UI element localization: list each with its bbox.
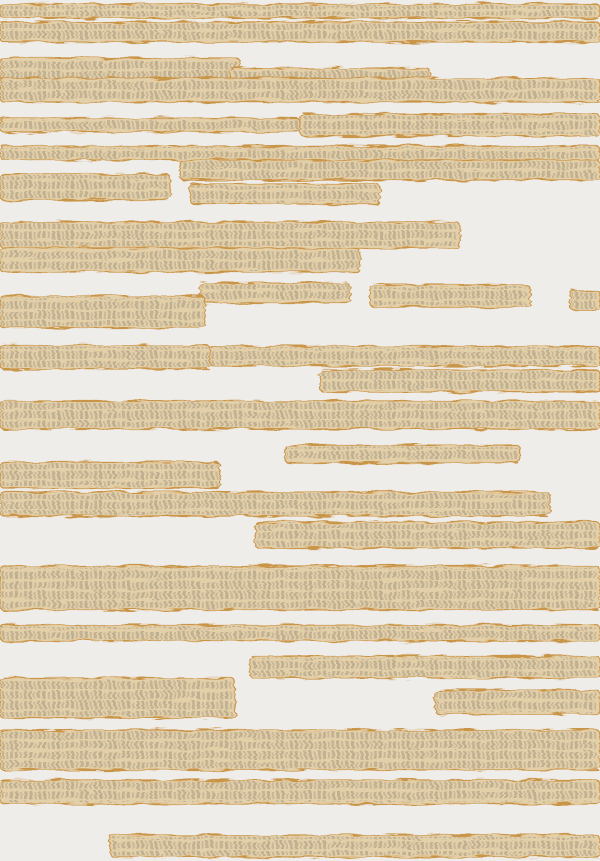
newspaper-strip: [190, 184, 380, 204]
newspaper-strip: [370, 285, 530, 307]
newspaper-strip: [0, 462, 220, 488]
newspaper-strip: [285, 445, 520, 463]
artwork-canvas: [0, 0, 600, 861]
newspaper-strip: [180, 160, 600, 180]
newspaper-strip: [570, 290, 600, 310]
newspaper-strips-artwork: [0, 0, 600, 861]
newspaper-strip: [0, 780, 600, 804]
newspaper-strip: [0, 78, 600, 102]
newspaper-strip: [0, 730, 600, 770]
newspaper-strip: [0, 296, 205, 328]
newspaper-strip: [0, 248, 360, 272]
newspaper-strip: [210, 346, 600, 366]
newspaper-strip: [0, 492, 550, 516]
newspaper-strip: [200, 283, 350, 303]
newspaper-strip: [0, 401, 600, 429]
newspaper-strip: [0, 4, 600, 18]
newspaper-strip: [0, 118, 300, 132]
newspaper-strip: [320, 370, 600, 392]
newspaper-strip: [0, 678, 235, 718]
newspaper-strip: [300, 114, 600, 136]
newspaper-strip: [0, 174, 170, 200]
newspaper-strip: [0, 345, 210, 369]
newspaper-strip: [0, 222, 460, 248]
newspaper-strip: [435, 690, 600, 714]
newspaper-strip: [255, 522, 600, 548]
newspaper-strip: [0, 625, 600, 641]
newspaper-strip: [0, 146, 600, 160]
newspaper-strip: [0, 566, 600, 610]
newspaper-strip: [0, 22, 600, 42]
newspaper-strip: [250, 656, 600, 678]
newspaper-strip: [110, 835, 600, 857]
newspaper-strip: [0, 58, 240, 80]
